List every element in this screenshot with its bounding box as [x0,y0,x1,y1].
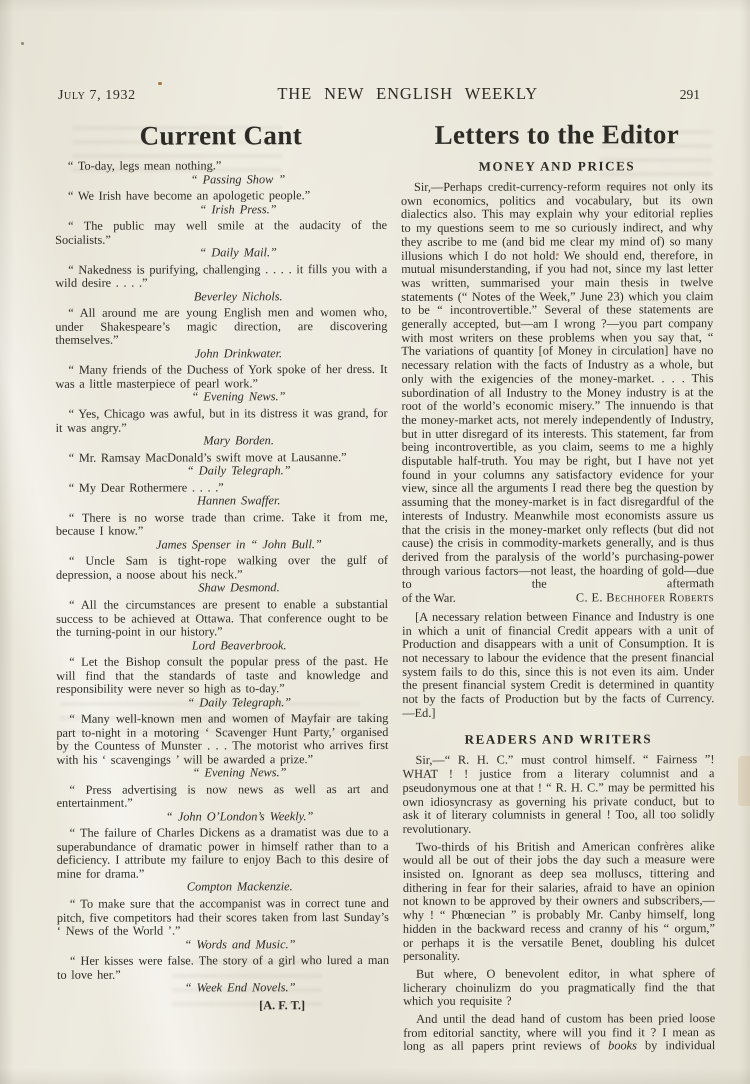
quote-text: “ Nakedness is purifying, challenging . … [55,263,387,291]
quote-text: “ To make sure that the accompanist was … [57,897,389,938]
quote-attribution: “ Irish Press.” [55,203,387,217]
letter-paragraph: But where, O benevolent editor, in what … [403,967,715,1009]
section-heading-money-and-prices: MONEY AND PRICES [401,158,713,175]
quote-attribution: “ Daily Telegraph.” [56,696,388,710]
magazine-page: July 7, 1932 THE NEW ENGLISH WEEKLY 291 … [0,0,750,1084]
quote-item: “ Mr. Ramsay MacDonald’s swift move at L… [56,451,388,479]
issue-date: July 7, 1932 [58,88,136,104]
quote-attribution: “ Evening News.” [56,766,388,780]
quote-attribution: Shaw Desmond. [56,581,388,595]
quote-attribution: Beverley Nichols. [55,290,387,304]
quote-attribution: “ Evening News.” [56,390,388,404]
quote-item: “ To make sure that the accompanist was … [57,897,389,952]
quote-item: “ My Dear Rothermere . . . .” Hannen Swa… [56,481,388,509]
quote-text: “ The public may well smile at the audac… [55,219,387,247]
quote-item: “ The public may well smile at the audac… [55,219,387,260]
contributor-initials: [A. F. T.] [57,998,389,1014]
quote-attribution: Hannen Swaffer. [56,494,388,508]
quote-item: “ Nakedness is purifying, challenging . … [55,263,387,304]
quote-item: “ Her kisses were false. The story of a … [57,954,389,995]
quote-attribution: Compton Mackenzie. [57,880,389,894]
quote-text: “ Let the Bishop consult the popular pre… [56,655,388,696]
quote-attribution: Lord Beaverbrook. [56,638,388,652]
quote-attribution: James Spenser in “ John Bull.” [56,538,388,552]
letter-paragraph: Sir,—“ R. H. C.” must control himself. “… [402,754,714,837]
masthead-title: THE NEW ENGLISH WEEKLY [136,84,680,104]
quote-item: “ All the circumstances are present to e… [56,598,388,653]
quote-text: “ There is no worse trade than crime. Ta… [56,511,388,539]
letters-column: Letters to the Editor MONEY AND PRICES S… [401,117,715,1054]
quote-text: “ Press advertising is now news as well … [57,783,389,811]
letter-paragraph: And until the dead hand of custom has be… [403,1012,715,1054]
quote-item: “ Many friends of the Duchess of York sp… [55,363,387,404]
italic-word: books [608,1039,637,1053]
editor-note: [A necessary relation between Finance an… [402,610,714,720]
quote-text: “ Many well-known men and women of Mayfa… [56,712,388,767]
section-gap [402,724,714,730]
quote-text: “ All around me are young English men an… [55,306,387,347]
quote-attribution: Mary Borden. [56,434,388,448]
page-body: Current Cant “ To-day, legs mean nothing… [0,103,750,1055]
current-cant-column: Current Cant “ To-day, legs mean nothing… [55,118,389,1014]
section-heading-readers-and-writers: READERS AND WRITERS [402,732,714,749]
quote-attribution: “ Passing Show ” [55,172,387,186]
quote-text: “ The failure of Charles Dickens as a dr… [57,826,389,881]
page-number: 291 [680,87,700,103]
quote-item: “ Uncle Sam is tight-rope walking over t… [56,554,388,595]
quote-text: “ All the circumstances are present to e… [56,598,388,639]
letter-last-words: of the War. [402,592,456,606]
letter-signature-line: of the War. C. E. Bechhofer Roberts [402,591,714,606]
current-cant-title: Current Cant [55,120,387,151]
quote-attribution: John Drinkwater. [55,347,387,361]
quote-text: “ Many friends of the Duchess of York sp… [55,363,387,391]
letters-title: Letters to the Editor [401,119,713,150]
quote-item: “ All around me are young English men an… [55,306,387,361]
letter-paragraph: Two-thirds of his British and American c… [403,840,715,964]
quote-item: “ The failure of Charles Dickens as a dr… [57,826,389,894]
quote-item: “ Many well-known men and women of Mayfa… [56,712,388,780]
quote-text: “ We Irish have become an apologetic peo… [55,189,387,203]
paragraph-text: by individual [637,1039,715,1053]
quote-item: “ To-day, legs mean nothing.” “ Passing … [55,159,387,187]
quote-item: “ There is no worse trade than crime. Ta… [56,511,388,552]
quote-attribution: “ Daily Telegraph.” [56,464,388,478]
letter-signature: C. E. Bechhofer Roberts [576,591,714,605]
quote-attribution: “ Daily Mail.” [55,246,387,260]
quote-text: “ Her kisses were false. The story of a … [57,954,389,982]
quote-text: “ Uncle Sam is tight-rope walking over t… [56,554,388,582]
running-head: July 7, 1932 THE NEW ENGLISH WEEKLY 291 [0,0,750,104]
quote-attribution: “ Week End Novels.” [57,981,389,995]
quote-attribution: “ Words and Music.” [57,937,389,951]
quote-text: “ To-day, legs mean nothing.” [55,159,387,173]
letter-body-money-and-prices: Sir,—Perhaps credit-currency-reform requ… [401,180,714,592]
quote-item: “ Yes, Chicago was awful, but in its dis… [56,407,388,448]
quote-attribution: “ John O’London’s Weekly.” [57,810,389,824]
quote-item: “ Press advertising is now news as well … [57,783,389,824]
quote-item: “ Let the Bishop consult the popular pre… [56,655,388,710]
quote-text: “ Yes, Chicago was awful, but in its dis… [56,407,388,435]
quote-item: “ We Irish have become an apologetic peo… [55,189,387,217]
